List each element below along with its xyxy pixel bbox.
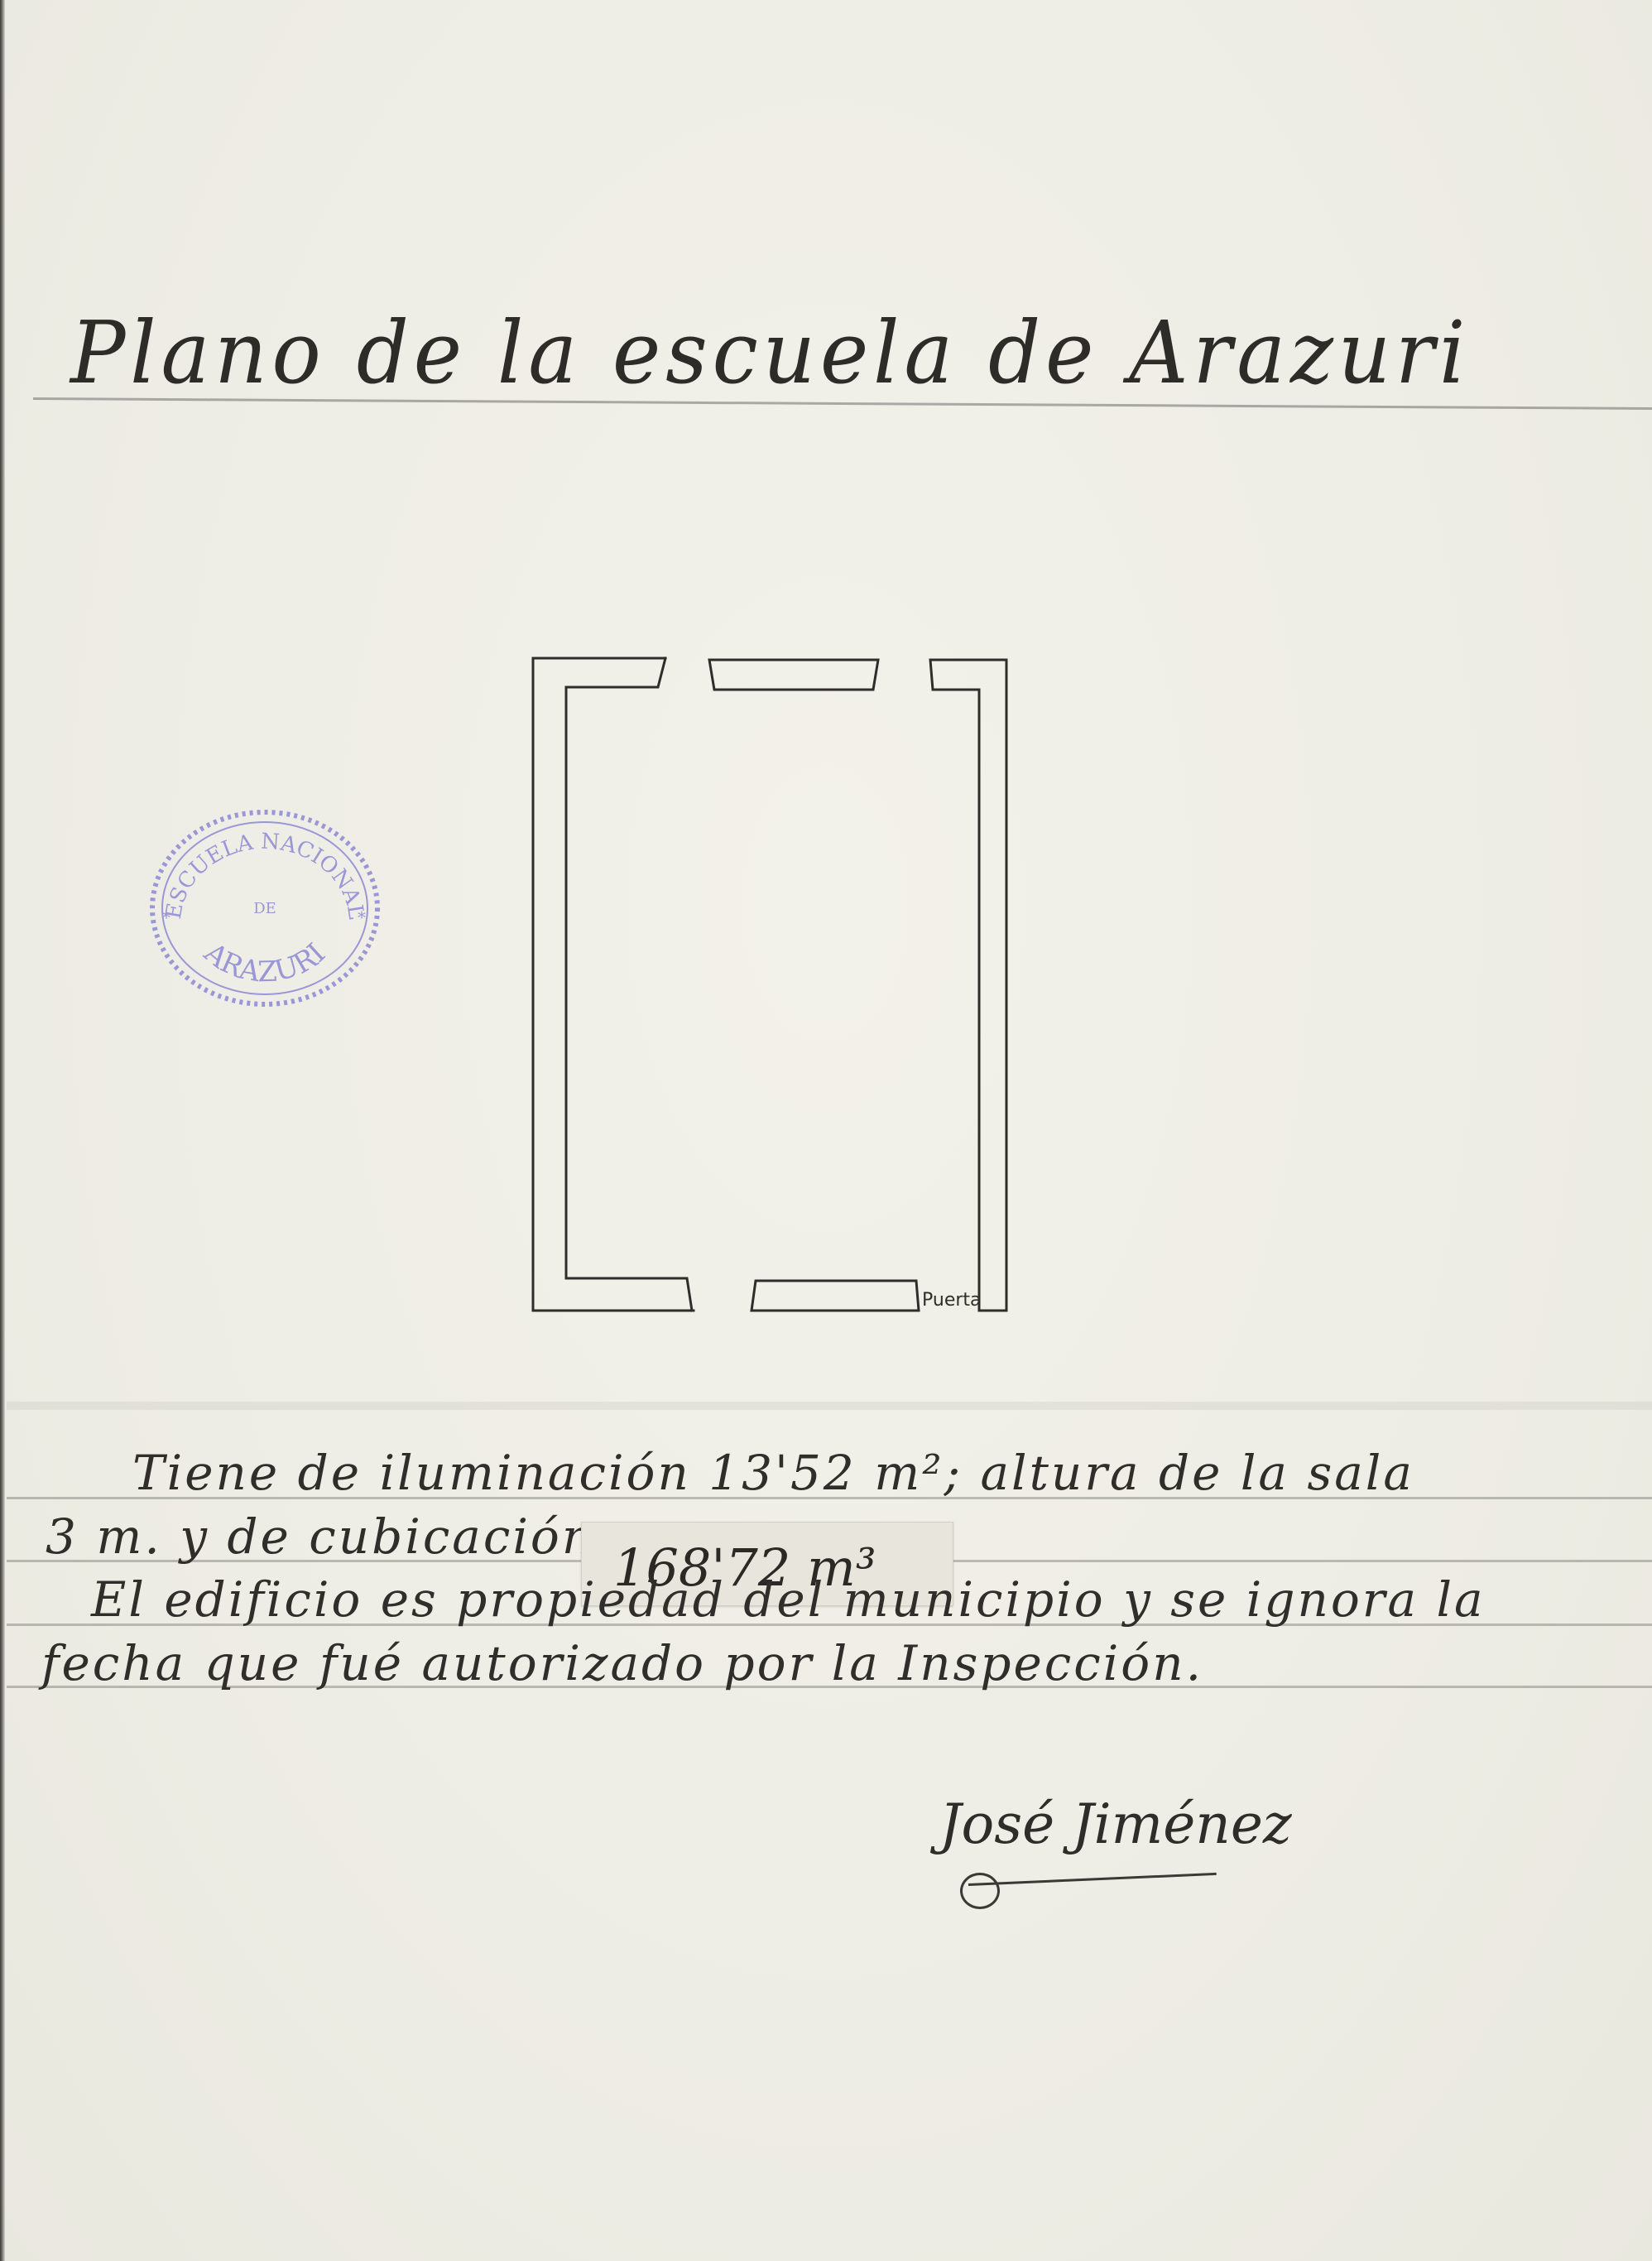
body-line-1: Tiene de iluminación 13'52 m²; altura de…: [132, 1445, 1414, 1501]
signature-flourish: [960, 1873, 1000, 1909]
signature: José Jiménez: [939, 1792, 1292, 1856]
bottom-door-piece: [752, 1281, 919, 1311]
svg-text:*: *: [358, 907, 366, 927]
floor-plan: [0, 0, 1652, 2261]
paper-fold: [7, 1402, 1652, 1410]
body-line-2: 3 m. y de cubicación: [46, 1508, 595, 1565]
body-line-4: fecha que fué autorizado por la Inspecci…: [41, 1635, 1203, 1691]
left-wall-outer: [533, 658, 694, 1311]
svg-text:*: *: [162, 907, 170, 927]
top-window-piece: [709, 660, 878, 690]
svg-text:DE: DE: [253, 900, 276, 917]
school-stamp: ESCUELA NACIONAL DE ARAZURI * *: [147, 807, 382, 1009]
svg-text:ARAZURI: ARAZURI: [197, 936, 332, 989]
left-wall-inner: [566, 658, 692, 1311]
right-wall: [930, 660, 1006, 1311]
door-label: Puerta: [922, 1290, 982, 1311]
body-line-3: El edificio es propiedad del municipio y…: [91, 1571, 1486, 1628]
